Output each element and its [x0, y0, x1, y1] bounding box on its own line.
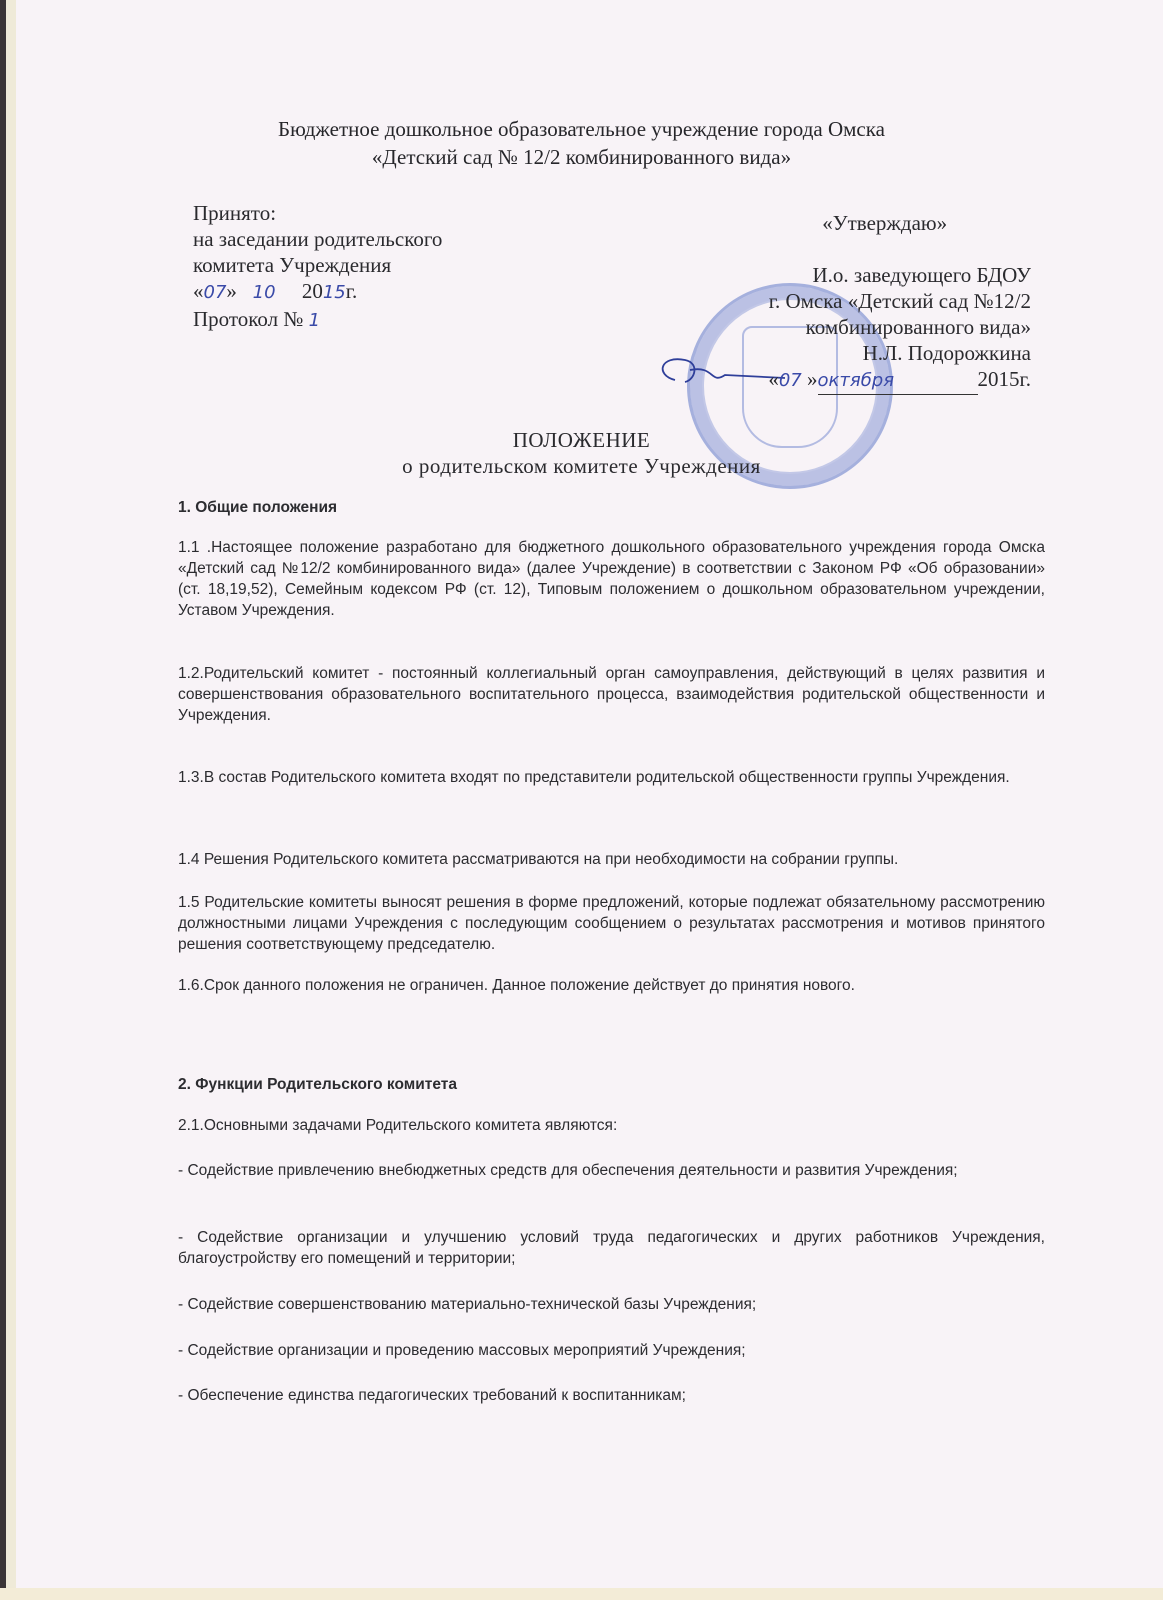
accepted-block: Принято: на заседании родительского коми… — [193, 200, 442, 334]
scan-edge-bottom — [0, 1588, 1163, 1600]
list-item-5: - Обеспечение единства педагогических тр… — [178, 1385, 1045, 1406]
document-title: ПОЛОЖЕНИЕ о родительском комитете Учрежд… — [0, 427, 1163, 479]
institution-name: Бюджетное дошкольное образовательное учр… — [0, 115, 1163, 143]
handwritten-day: 07 — [204, 282, 227, 303]
section-2-heading: 2. Функции Родительского комитета — [178, 1074, 1045, 1095]
list-item-4: - Содействие организации и проведению ма… — [178, 1340, 1045, 1361]
list-item-1: - Содействие привлечению внебюджетных ср… — [178, 1160, 1045, 1181]
accepted-line2: на заседании родительского — [193, 226, 442, 252]
accepted-label: Принято: — [193, 200, 442, 226]
paragraph-1-3: 1.3.В состав Родительского комитета вход… — [178, 767, 1045, 788]
paragraph-1-1: 1.1 .Настоящее положение разработано для… — [178, 537, 1045, 621]
approved-date: «07 »октября2015г. — [768, 366, 1031, 395]
approver-org-line2: комбинированного вида» — [768, 314, 1031, 340]
list-item-2: - Содействие организации и улучшению усл… — [178, 1227, 1045, 1269]
handwritten-month: октября — [818, 368, 978, 395]
approver-name: Н.Л. Подорожкина — [768, 340, 1031, 366]
approved-label: «Утверждаю» — [768, 210, 1031, 236]
scan-edge-strip — [6, 0, 16, 1600]
paragraph-2-1: 2.1.Основными задачами Родительского ком… — [178, 1115, 1045, 1136]
approved-year: 2015г. — [978, 367, 1032, 391]
list-item-3: - Содействие совершенствованию материаль… — [178, 1294, 1045, 1315]
institution-subname: «Детский сад № 12/2 комбинированного вид… — [0, 143, 1163, 171]
approver-org-line1: г. Омска «Детский сад №12/2 — [768, 288, 1031, 314]
handwritten-month: 10 — [253, 282, 276, 303]
paragraph-1-6: 1.6.Срок данного положения не ограничен.… — [178, 975, 1045, 996]
approved-block: «Утверждаю» И.о. заведующего БДОУ г. Омс… — [768, 210, 1031, 395]
accepted-line3: комитета Учреждения — [193, 252, 442, 278]
handwritten-year: 15 — [323, 282, 346, 303]
title-sub: о родительском комитете Учреждения — [0, 453, 1163, 479]
institution-header: Бюджетное дошкольное образовательное учр… — [0, 115, 1163, 171]
paragraph-1-2: 1.2.Родительский комитет - постоянный ко… — [178, 663, 1045, 726]
handwritten-protocol-number: 1 — [309, 310, 320, 331]
section-1-heading: 1. Общие положения — [178, 497, 1045, 518]
handwritten-day: 07 — [779, 370, 802, 391]
protocol-line: Протокол № 1 — [193, 306, 442, 334]
approver-position: И.о. заведующего БДОУ — [768, 262, 1031, 288]
accepted-date: «07» 10 2015г. — [193, 278, 442, 306]
paragraph-1-5: 1.5 Родительские комитеты выносят решени… — [178, 892, 1045, 955]
title-main: ПОЛОЖЕНИЕ — [0, 427, 1163, 453]
paragraph-1-4: 1.4 Решения Родительского комитета рассм… — [178, 849, 1045, 870]
